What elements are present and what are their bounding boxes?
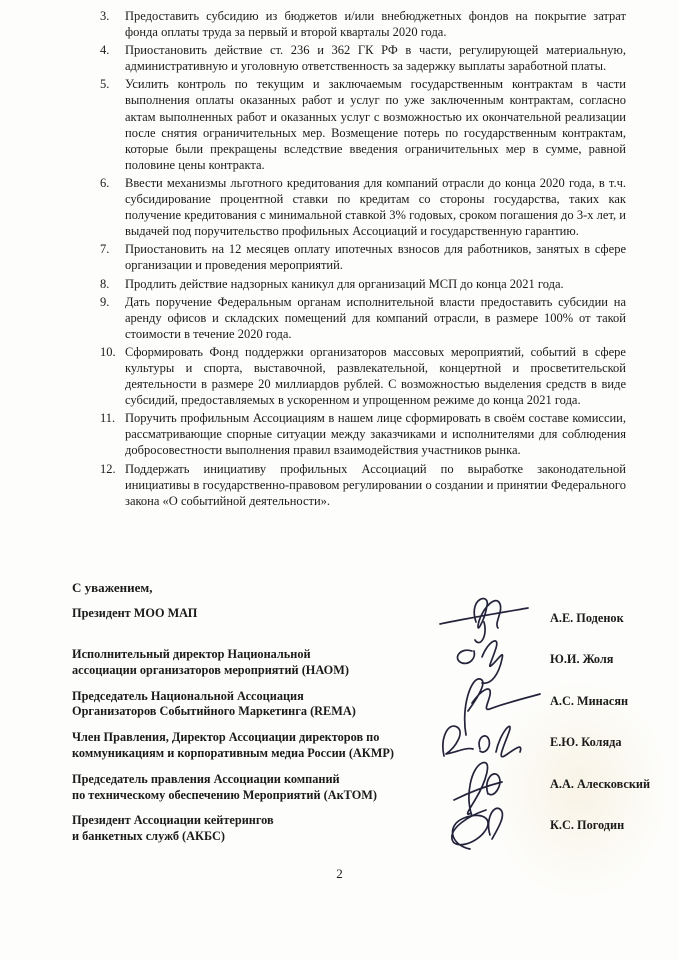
item-number: 6. — [100, 175, 125, 239]
list-item: 5. Усилить контроль по текущим и заключа… — [100, 76, 626, 173]
numbered-demands-list: 3. Предоставить субсидию из бюджетов и/и… — [100, 8, 626, 511]
signatory-title: Председатель Национальной Ассоциация Орг… — [72, 689, 432, 721]
list-item: 4. Приостановить действие ст. 236 и 362 … — [100, 42, 626, 74]
item-number: 12. — [100, 461, 125, 509]
signatory-name: К.С. Погодин — [550, 813, 651, 833]
item-number: 9. — [100, 294, 125, 342]
signatory-title: Председатель правления Ассоциации компан… — [72, 772, 432, 804]
list-item: 6. Ввести механизмы льготного кредитован… — [100, 175, 626, 239]
page-number: 2 — [0, 866, 679, 882]
signature-block: Президент МОО МАП А.Е. Поденок Исполните… — [72, 606, 651, 855]
item-number: 11. — [100, 410, 125, 458]
signature-row: Председатель правления Ассоциации компан… — [72, 772, 651, 804]
item-text: Продлить действие надзорных каникул для … — [125, 276, 626, 292]
list-item: 8. Продлить действие надзорных каникул д… — [100, 276, 626, 292]
signatory-name: А.А. Алесковский — [550, 772, 651, 792]
signature-row: Президент МОО МАП А.Е. Поденок — [72, 606, 651, 637]
signature-row: Исполнительный директор Национальной асс… — [72, 647, 651, 679]
item-text: Приостановить действие ст. 236 и 362 ГК … — [125, 42, 626, 74]
item-text: Сформировать Фонд поддержки организаторо… — [125, 344, 626, 408]
signature-image — [432, 813, 550, 843]
signatory-name: А.Е. Поденок — [550, 606, 651, 626]
signatory-title: Исполнительный директор Национальной асс… — [72, 647, 432, 679]
signature-row: Президент Ассоциации кейтерингов и банке… — [72, 813, 651, 845]
item-text: Дать поручение Федеральным органам испол… — [125, 294, 626, 342]
list-item: 11. Поручить профильным Ассоциациям в на… — [100, 410, 626, 458]
signatory-title: Президент МОО МАП — [72, 606, 432, 622]
list-item: 7. Приостановить на 12 месяцев оплату ип… — [100, 241, 626, 273]
item-text: Поддержать инициативу профильных Ассоциа… — [125, 461, 626, 509]
item-text: Приостановить на 12 месяцев оплату ипоте… — [125, 241, 626, 273]
item-number: 3. — [100, 8, 125, 40]
item-number: 4. — [100, 42, 125, 74]
item-number: 10. — [100, 344, 125, 408]
signatory-name: А.С. Минасян — [550, 689, 651, 709]
list-item: 10. Сформировать Фонд поддержки организа… — [100, 344, 626, 408]
item-text: Поручить профильным Ассоциациям в нашем … — [125, 410, 626, 458]
item-number: 7. — [100, 241, 125, 273]
item-text: Усилить контроль по текущим и заключаемы… — [125, 76, 626, 173]
signatory-title: Член Правления, Директор Ассоциации дире… — [72, 730, 432, 762]
signatory-title: Президент Ассоциации кейтерингов и банке… — [72, 813, 432, 845]
list-item: 9. Дать поручение Федеральным органам ис… — [100, 294, 626, 342]
item-number: 8. — [100, 276, 125, 292]
signature-row: Член Правления, Директор Ассоциации дире… — [72, 730, 651, 762]
scanned-letter-page-2: 3. Предоставить субсидию из бюджетов и/и… — [0, 0, 679, 960]
list-item: 12. Поддержать инициативу профильных Асс… — [100, 461, 626, 509]
item-text: Предоставить субсидию из бюджетов и/или … — [125, 8, 626, 40]
signatory-name: Е.Ю. Коляда — [550, 730, 651, 750]
signature-row: Председатель Национальной Ассоциация Орг… — [72, 689, 651, 721]
item-number: 5. — [100, 76, 125, 173]
list-item: 3. Предоставить субсидию из бюджетов и/и… — [100, 8, 626, 40]
item-text: Ввести механизмы льготного кредитования … — [125, 175, 626, 239]
signatory-name: Ю.И. Жоля — [550, 647, 651, 667]
closing-salutation: С уважением, — [72, 580, 153, 596]
